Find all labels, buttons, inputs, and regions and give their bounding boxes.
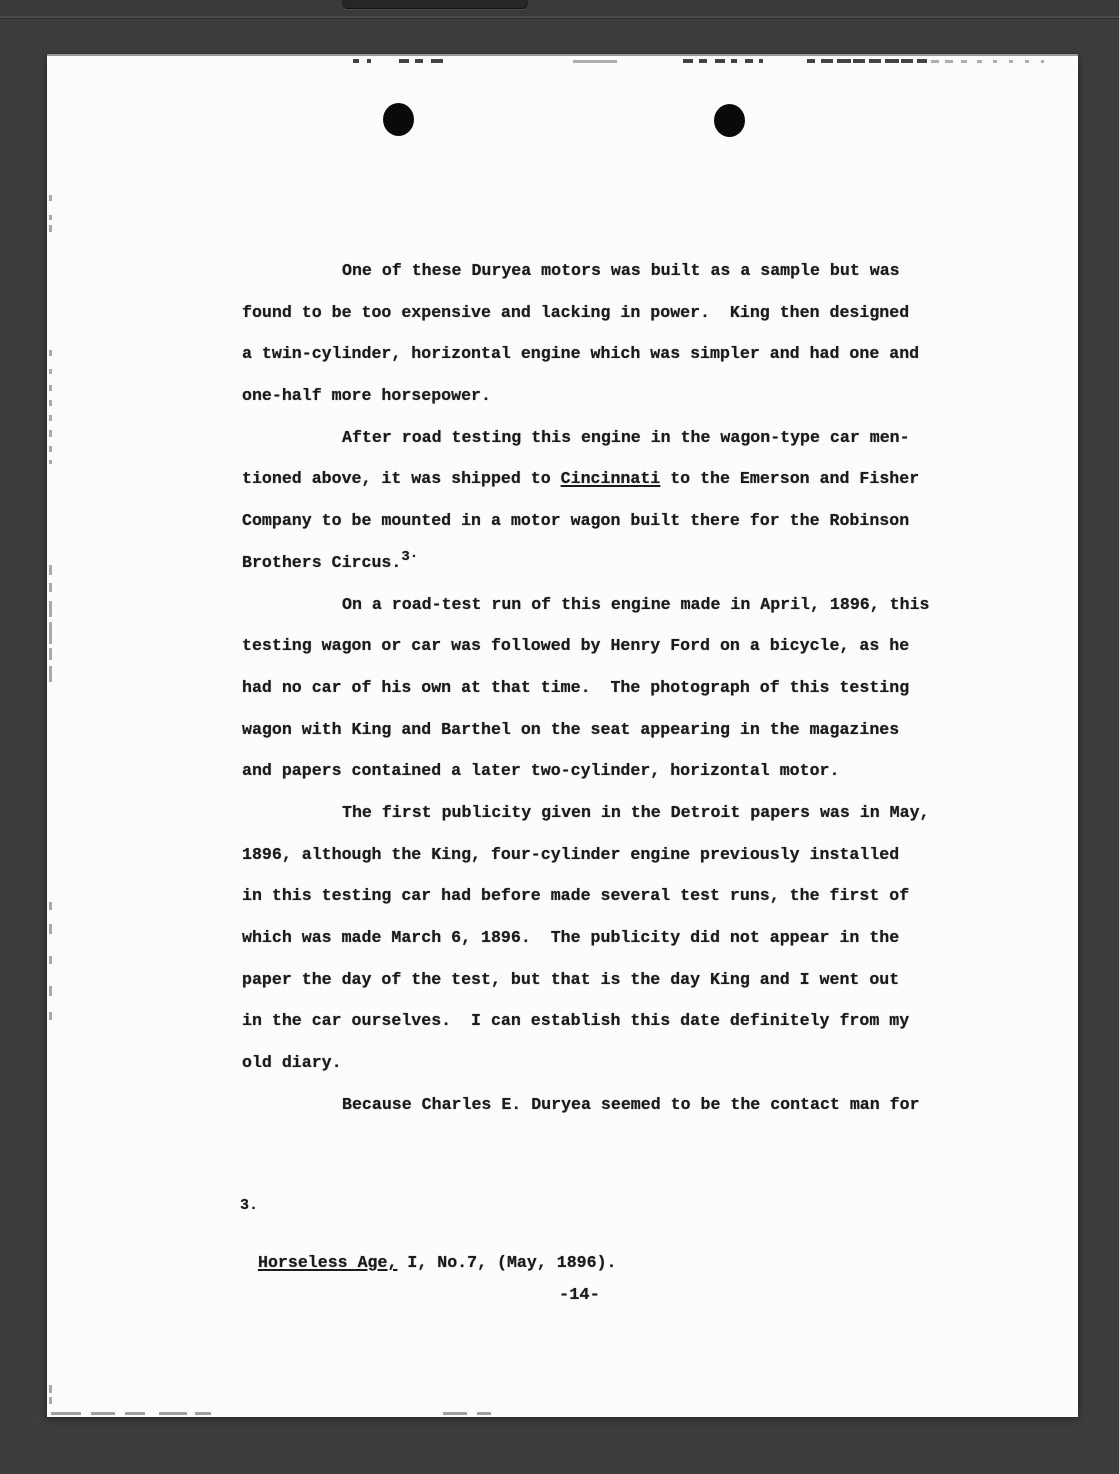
footnote-marker: 3. bbox=[240, 1197, 617, 1215]
text-line: in this testing car had before made seve… bbox=[242, 875, 962, 917]
scan-artifact-mark bbox=[49, 1385, 52, 1393]
text-line: After road testing this engine in the wa… bbox=[242, 417, 962, 459]
text-segment: had no car of his own at that time. The … bbox=[242, 678, 909, 697]
scan-artifact-mark bbox=[195, 1412, 211, 1415]
text-line: found to be too expensive and lacking in… bbox=[242, 292, 962, 334]
scan-artifact-mark bbox=[49, 195, 52, 201]
text-segment: paper the day of the test, but that is t… bbox=[242, 970, 899, 989]
scan-artifact-mark bbox=[49, 385, 52, 391]
scan-artifact-mark bbox=[49, 583, 52, 592]
text-line: one-half more horsepower. bbox=[242, 375, 962, 417]
scan-artifact-mark bbox=[977, 60, 982, 63]
scan-artifact-mark bbox=[49, 446, 52, 452]
scan-artifact-mark bbox=[91, 1412, 115, 1415]
scan-artifact-mark bbox=[901, 59, 913, 63]
viewer-frame-top bbox=[0, 0, 1119, 16]
text-line: testing wagon or car was followed by Hen… bbox=[242, 625, 962, 667]
text-segment: One of these Duryea motors was built as … bbox=[342, 261, 900, 280]
text-line: One of these Duryea motors was built as … bbox=[242, 250, 962, 292]
text-segment: 1896, although the King, four-cylinder e… bbox=[242, 845, 899, 864]
text-line: which was made March 6, 1896. The public… bbox=[242, 917, 962, 959]
scan-artifact-mark bbox=[49, 902, 52, 910]
scan-artifact-mark bbox=[49, 666, 52, 682]
page-number: -14- bbox=[559, 1286, 600, 1305]
scan-artifact-mark bbox=[715, 59, 725, 63]
scan-artifact-mark bbox=[1009, 60, 1013, 63]
scan-artifact-mark bbox=[759, 59, 763, 63]
text-segment: and papers contained a later two-cylinde… bbox=[242, 761, 839, 780]
scan-artifact-mark bbox=[49, 225, 52, 232]
text-segment: a twin-cylinder, horizontal engine which… bbox=[242, 344, 919, 363]
scan-artifact-mark bbox=[573, 60, 617, 63]
scan-artifact-mark bbox=[837, 59, 851, 63]
text-line: tioned above, it was shipped to Cincinna… bbox=[242, 458, 962, 500]
scan-artifact-mark bbox=[443, 1412, 467, 1415]
scan-artifact-mark bbox=[745, 59, 753, 63]
scan-artifact-mark bbox=[399, 59, 409, 63]
punch-hole-left bbox=[383, 103, 414, 136]
document-page: One of these Duryea motors was built as … bbox=[47, 54, 1078, 1417]
text-line: 1896, although the King, four-cylinder e… bbox=[242, 834, 962, 876]
scan-artifact-mark bbox=[853, 59, 865, 63]
scan-artifact-mark bbox=[49, 369, 52, 374]
scan-artifact-mark bbox=[125, 1412, 145, 1415]
text-segment: in this testing car had before made seve… bbox=[242, 886, 909, 905]
text-line: The first publicity given in the Detroit… bbox=[242, 792, 962, 834]
text-segment: one-half more horsepower. bbox=[242, 386, 491, 405]
text-segment: tioned above, it was shipped to bbox=[242, 469, 561, 488]
scan-artifact-mark bbox=[477, 1412, 491, 1415]
viewer-frame-ridge bbox=[0, 16, 1119, 19]
scan-artifact-mark bbox=[821, 59, 833, 63]
underlined-text: Cincinnati bbox=[561, 469, 661, 488]
scan-artifact-mark bbox=[49, 350, 52, 356]
text-line: Company to be mounted in a motor wagon b… bbox=[242, 500, 962, 542]
text-segment: I, No.7, (May, 1896). bbox=[397, 1253, 616, 1272]
scan-artifact-mark bbox=[49, 956, 52, 964]
scan-artifact-mark bbox=[49, 986, 52, 996]
scan-artifact-mark bbox=[945, 60, 953, 63]
text-line: and papers contained a later two-cylinde… bbox=[242, 750, 962, 792]
scan-artifact-mark bbox=[159, 1412, 187, 1415]
scan-artifact-mark bbox=[49, 1012, 52, 1020]
text-segment: found to be too expensive and lacking in… bbox=[242, 303, 909, 322]
text-line: wagon with King and Barthel on the seat … bbox=[242, 709, 962, 751]
scan-artifact-mark bbox=[885, 59, 899, 63]
scanned-document-viewer: One of these Duryea motors was built as … bbox=[0, 0, 1119, 1474]
scan-artifact-mark bbox=[49, 565, 52, 575]
text-segment: The first publicity given in the Detroit… bbox=[342, 803, 930, 822]
text-line: had no car of his own at that time. The … bbox=[242, 667, 962, 709]
scan-artifact-mark bbox=[353, 59, 359, 63]
scan-artifact-mark bbox=[931, 60, 939, 63]
text-segment: Company to be mounted in a motor wagon b… bbox=[242, 511, 909, 530]
scan-artifact-mark bbox=[367, 59, 371, 63]
scan-artifact-mark bbox=[1041, 60, 1044, 63]
scan-artifact-mark bbox=[415, 59, 423, 63]
punch-hole-right bbox=[714, 104, 745, 137]
text-line: a twin-cylinder, horizontal engine which… bbox=[242, 333, 962, 375]
text-line: old diary. bbox=[242, 1042, 962, 1084]
text-segment: which was made March 6, 1896. The public… bbox=[242, 928, 899, 947]
text-line: Brothers Circus.3· bbox=[242, 542, 962, 584]
scan-artifact-mark bbox=[49, 460, 52, 464]
scan-artifact-mark bbox=[683, 59, 693, 63]
text-segment: testing wagon or car was followed by Hen… bbox=[242, 636, 909, 655]
footnote-reference: 3· bbox=[401, 549, 418, 565]
scan-artifact-mark bbox=[51, 1412, 81, 1415]
scan-artifact-mark bbox=[993, 60, 997, 63]
scan-artifact-mark bbox=[961, 60, 967, 63]
footnote-citation: Horseless Age, I, No.7, (May, 1896). bbox=[258, 1253, 617, 1272]
scan-artifact-mark bbox=[699, 59, 707, 63]
scan-artifact-mark bbox=[1025, 60, 1029, 63]
scan-artifact-mark bbox=[49, 924, 52, 934]
scan-artifact-mark bbox=[49, 1397, 52, 1404]
text-segment: After road testing this engine in the wa… bbox=[342, 428, 910, 447]
text-line: Because Charles E. Duryea seemed to be t… bbox=[242, 1084, 962, 1126]
text-segment: old diary. bbox=[242, 1053, 342, 1072]
scan-artifact-mark bbox=[49, 430, 52, 437]
text-segment: Brothers Circus. bbox=[242, 553, 401, 572]
scan-artifact-mark bbox=[431, 59, 443, 63]
text-line: On a road-test run of this engine made i… bbox=[242, 584, 962, 626]
scan-artifact-mark bbox=[49, 215, 52, 220]
text-line: in the car ourselves. I can establish th… bbox=[242, 1000, 962, 1042]
typewritten-text-block: One of these Duryea motors was built as … bbox=[242, 250, 962, 1125]
text-segment: wagon with King and Barthel on the seat … bbox=[242, 720, 899, 739]
scan-artifact-mark bbox=[49, 601, 52, 617]
viewer-frame-notch bbox=[342, 0, 528, 9]
text-segment: in the car ourselves. I can establish th… bbox=[242, 1011, 909, 1030]
scan-artifact-mark bbox=[49, 415, 52, 421]
text-line: paper the day of the test, but that is t… bbox=[242, 959, 962, 1001]
scan-artifact-mark bbox=[807, 59, 815, 63]
scan-artifact-mark bbox=[49, 648, 52, 660]
scan-artifact-mark bbox=[869, 59, 881, 63]
underlined-text: Horseless Age, bbox=[258, 1253, 397, 1272]
scan-artifact-mark bbox=[731, 59, 737, 63]
text-segment: On a road-test run of this engine made i… bbox=[342, 595, 930, 614]
text-segment: to the Emerson and Fisher bbox=[660, 469, 919, 488]
scan-artifact-mark bbox=[49, 622, 52, 644]
scan-artifact-mark bbox=[917, 59, 927, 63]
text-segment: Because Charles E. Duryea seemed to be t… bbox=[342, 1095, 920, 1114]
scan-artifact-mark bbox=[49, 400, 52, 406]
